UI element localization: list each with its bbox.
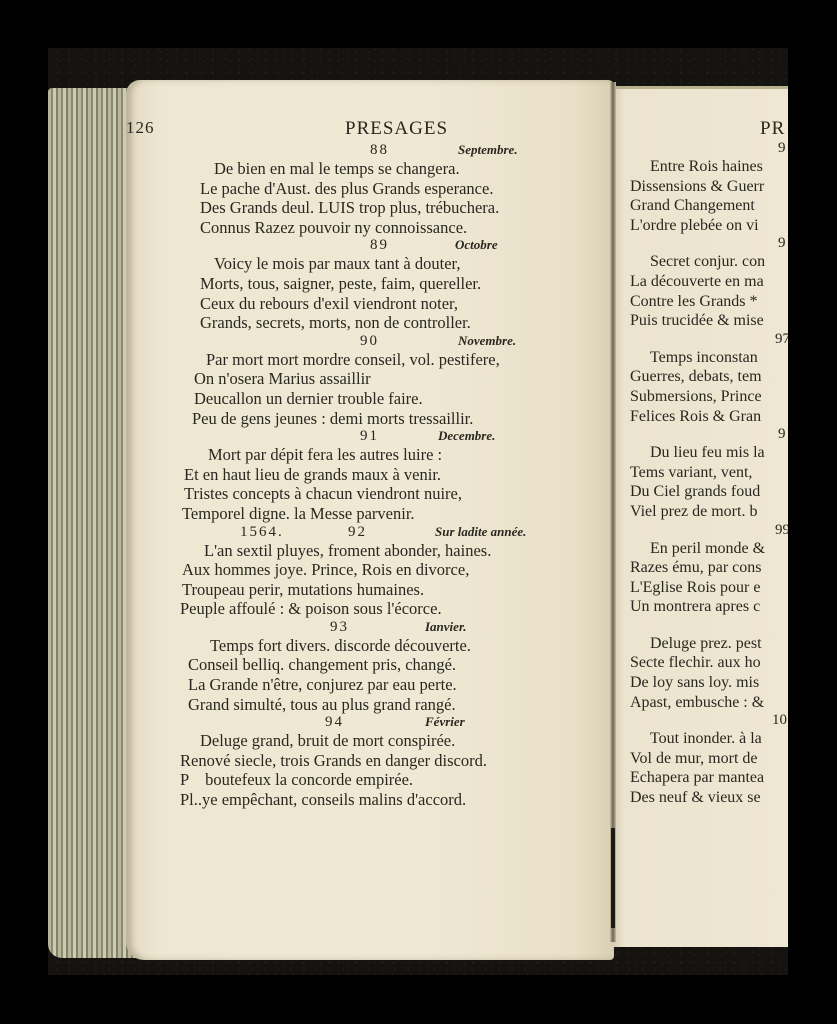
running-head: 126 PRESAGES: [140, 118, 610, 140]
verse-line: Submersions, Prince: [630, 387, 788, 407]
verse-line: La découverte en ma: [630, 272, 788, 292]
verse-line: P boutefeux la concorde empirée.: [180, 770, 610, 790]
quatrain-number: 94: [325, 714, 344, 731]
quatrain-90: 90Novembre. Par mort mort mordre conseil…: [180, 333, 610, 428]
verse-line: L'Eglise Rois pour e: [630, 578, 788, 598]
verse-line: Deluge prez. pest: [630, 634, 788, 654]
verse-line: Secte flechir. aux ho: [630, 653, 788, 673]
right-quatrain-4: 9 Du lieu feu mis la Tems variant, vent,…: [630, 426, 788, 521]
verse-line: Tems variant, vent,: [630, 463, 788, 483]
right-quatrain-1: 9 Entre Rois haines Dissensions & Guerr …: [630, 140, 788, 235]
left-quatrains: 88Septembre. De bien en mal le temps se …: [180, 142, 610, 810]
quatrain-month: Octobre: [455, 237, 498, 253]
verse-line: Tout inonder. à la: [630, 729, 788, 749]
quatrain-month: Ianvier.: [425, 619, 467, 635]
book-gutter: [610, 82, 616, 942]
quatrain-94: 94Février Deluge grand, bruit de mort co…: [180, 714, 610, 809]
verse-line: Contre les Grands *: [630, 292, 788, 312]
running-head-title: PR: [760, 118, 785, 140]
verse-line: Le pache d'Aust. des plus Grands esperan…: [180, 179, 610, 199]
quatrain-92: 1564.92Sur ladite année. L'an sextil plu…: [180, 524, 610, 619]
verse-line: Un montrera apres c: [630, 597, 788, 617]
running-head-title: PRESAGES: [345, 118, 448, 140]
page-number: 126: [126, 118, 155, 138]
right-quatrain-2: 9 Secret conjur. con La découverte en ma…: [630, 235, 788, 330]
verse-line: Deucallon un dernier trouble faire.: [180, 389, 610, 409]
verse-line: Temps inconstan: [630, 348, 788, 368]
verse-line: Tristes concepts à chacun viendront nuir…: [180, 484, 610, 504]
verse-line: Voicy le mois par maux tant à douter,: [180, 254, 610, 274]
quatrain-month: Février: [425, 714, 465, 730]
verse-line: Echapera par mantea: [630, 768, 788, 788]
verse-line: Mort par dépit fera les autres luire :: [180, 445, 610, 465]
quatrain-month: Novembre.: [458, 333, 516, 349]
verse-line: La Grande n'être, conjurez par eau perte…: [180, 675, 610, 695]
verse-line: Troupeau perir, mutations humaines.: [180, 580, 610, 600]
verse-line: Vol de mur, mort de: [630, 749, 788, 769]
quatrain-number: 88: [370, 142, 389, 159]
quatrain-number: 89: [370, 237, 389, 254]
right-quatrain-7: 10 Tout inonder. à la Vol de mur, mort d…: [630, 712, 788, 807]
verse-line: En peril monde &: [630, 539, 788, 559]
verse-line: Du Ciel grands foud: [630, 482, 788, 502]
verse-line: Guerres, debats, tem: [630, 367, 788, 387]
right-page-text: PR 9 Entre Rois haines Dissensions & Gue…: [630, 118, 788, 808]
left-page-text: 126 PRESAGES: [140, 118, 610, 140]
verse-line: Dissensions & Guerr: [630, 177, 788, 197]
verse-line: L'ordre plebée on vi: [630, 216, 788, 236]
verse-line: Entre Rois haines: [630, 157, 788, 177]
quatrain-number: 9: [778, 426, 786, 443]
verse-line: Secret conjur. con: [630, 252, 788, 272]
verse-line: Temps fort divers. discorde découverte.: [180, 636, 610, 656]
quatrain-year: 1564.: [240, 524, 284, 541]
verse-line: Morts, tous, saigner, peste, faim, quere…: [180, 274, 610, 294]
verse-line: Par mort mort mordre conseil, vol. pesti…: [180, 350, 610, 370]
verse-line: Grand simulté, tous au plus grand rangé.: [180, 695, 610, 715]
verse-line: On n'osera Marius assaillir: [180, 369, 610, 389]
verse-line: Conseil belliq. changement pris, changé.: [180, 655, 610, 675]
verse-line: Felices Rois & Gran: [630, 407, 788, 427]
verse-line: Grands, secrets, morts, non de controlle…: [180, 313, 610, 333]
verse-line: Renové siecle, trois Grands en danger di…: [180, 751, 610, 771]
verse-line: Et en haut lieu de grands maux à venir.: [180, 465, 610, 485]
verse-line: De bien en mal le temps se changera.: [180, 159, 610, 179]
verse-line: Des neuf & vieux se: [630, 788, 788, 808]
quatrain-number: 93: [330, 619, 349, 636]
verse-line: Apast, embusche : &: [630, 693, 788, 713]
quatrain-number: 91: [360, 428, 379, 445]
verse-line: Peuple affoulé : & poison sous l'écorce.: [180, 599, 610, 619]
quatrain-month: Septembre.: [458, 142, 518, 158]
quatrain-88: 88Septembre. De bien en mal le temps se …: [180, 142, 610, 237]
quatrain-number: 9: [778, 140, 786, 157]
quatrain-month: Sur ladite année.: [435, 524, 526, 540]
quatrain-93: 93Ianvier. Temps fort divers. discorde d…: [180, 619, 610, 714]
verse-line: Du lieu feu mis la: [630, 443, 788, 463]
quatrain-number: 97: [775, 331, 788, 348]
quatrain-number: 9: [778, 235, 786, 252]
verse-line: Puis trucidée & mise: [630, 311, 788, 331]
running-head: PR: [630, 118, 788, 140]
right-quatrain-6: Deluge prez. pest Secte flechir. aux ho …: [630, 617, 788, 712]
binding-crack: [611, 828, 615, 928]
verse-line: Peu de gens jeunes : demi morts tressail…: [180, 409, 610, 429]
quatrain-number: 92: [348, 524, 367, 541]
verse-line: Connus Razez pouvoir ny connoissance.: [180, 218, 610, 238]
verse-line: L'an sextil pluyes, froment abonder, hai…: [180, 541, 610, 561]
verse-line: Des Grands deul. LUIS trop plus, trébuch…: [180, 198, 610, 218]
verse-line: Razes ému, par cons: [630, 558, 788, 578]
right-quatrain-3: 97 Temps inconstan Guerres, debats, tem …: [630, 331, 788, 426]
verse-line: Ceux du rebours d'exil viendront noter,: [180, 294, 610, 314]
verse-line: Aux hommes joye. Prince, Rois en divorce…: [180, 560, 610, 580]
quatrain-number: 10: [772, 712, 787, 729]
quatrain-number: 90: [360, 333, 379, 350]
quatrain-89: 89Octobre Voicy le mois par maux tant à …: [180, 237, 610, 332]
quatrain-number: 99: [775, 522, 788, 539]
verse-line: De loy sans loy. mis: [630, 673, 788, 693]
verse-line: Pl..ye empêchant, conseils malins d'acco…: [180, 790, 610, 810]
verse-line: Deluge grand, bruit de mort conspirée.: [180, 731, 610, 751]
verse-line: Viel prez de mort. b: [630, 502, 788, 522]
quatrain-91: 91Decembre. Mort par dépit fera les autr…: [180, 428, 610, 523]
page-edges: [48, 88, 138, 958]
verse-line: Temporel digne. la Messe parvenir.: [180, 504, 610, 524]
verse-line: Grand Changement: [630, 196, 788, 216]
quatrain-month: Decembre.: [438, 428, 495, 444]
right-quatrain-5: 99 En peril monde & Razes ému, par cons …: [630, 522, 788, 617]
